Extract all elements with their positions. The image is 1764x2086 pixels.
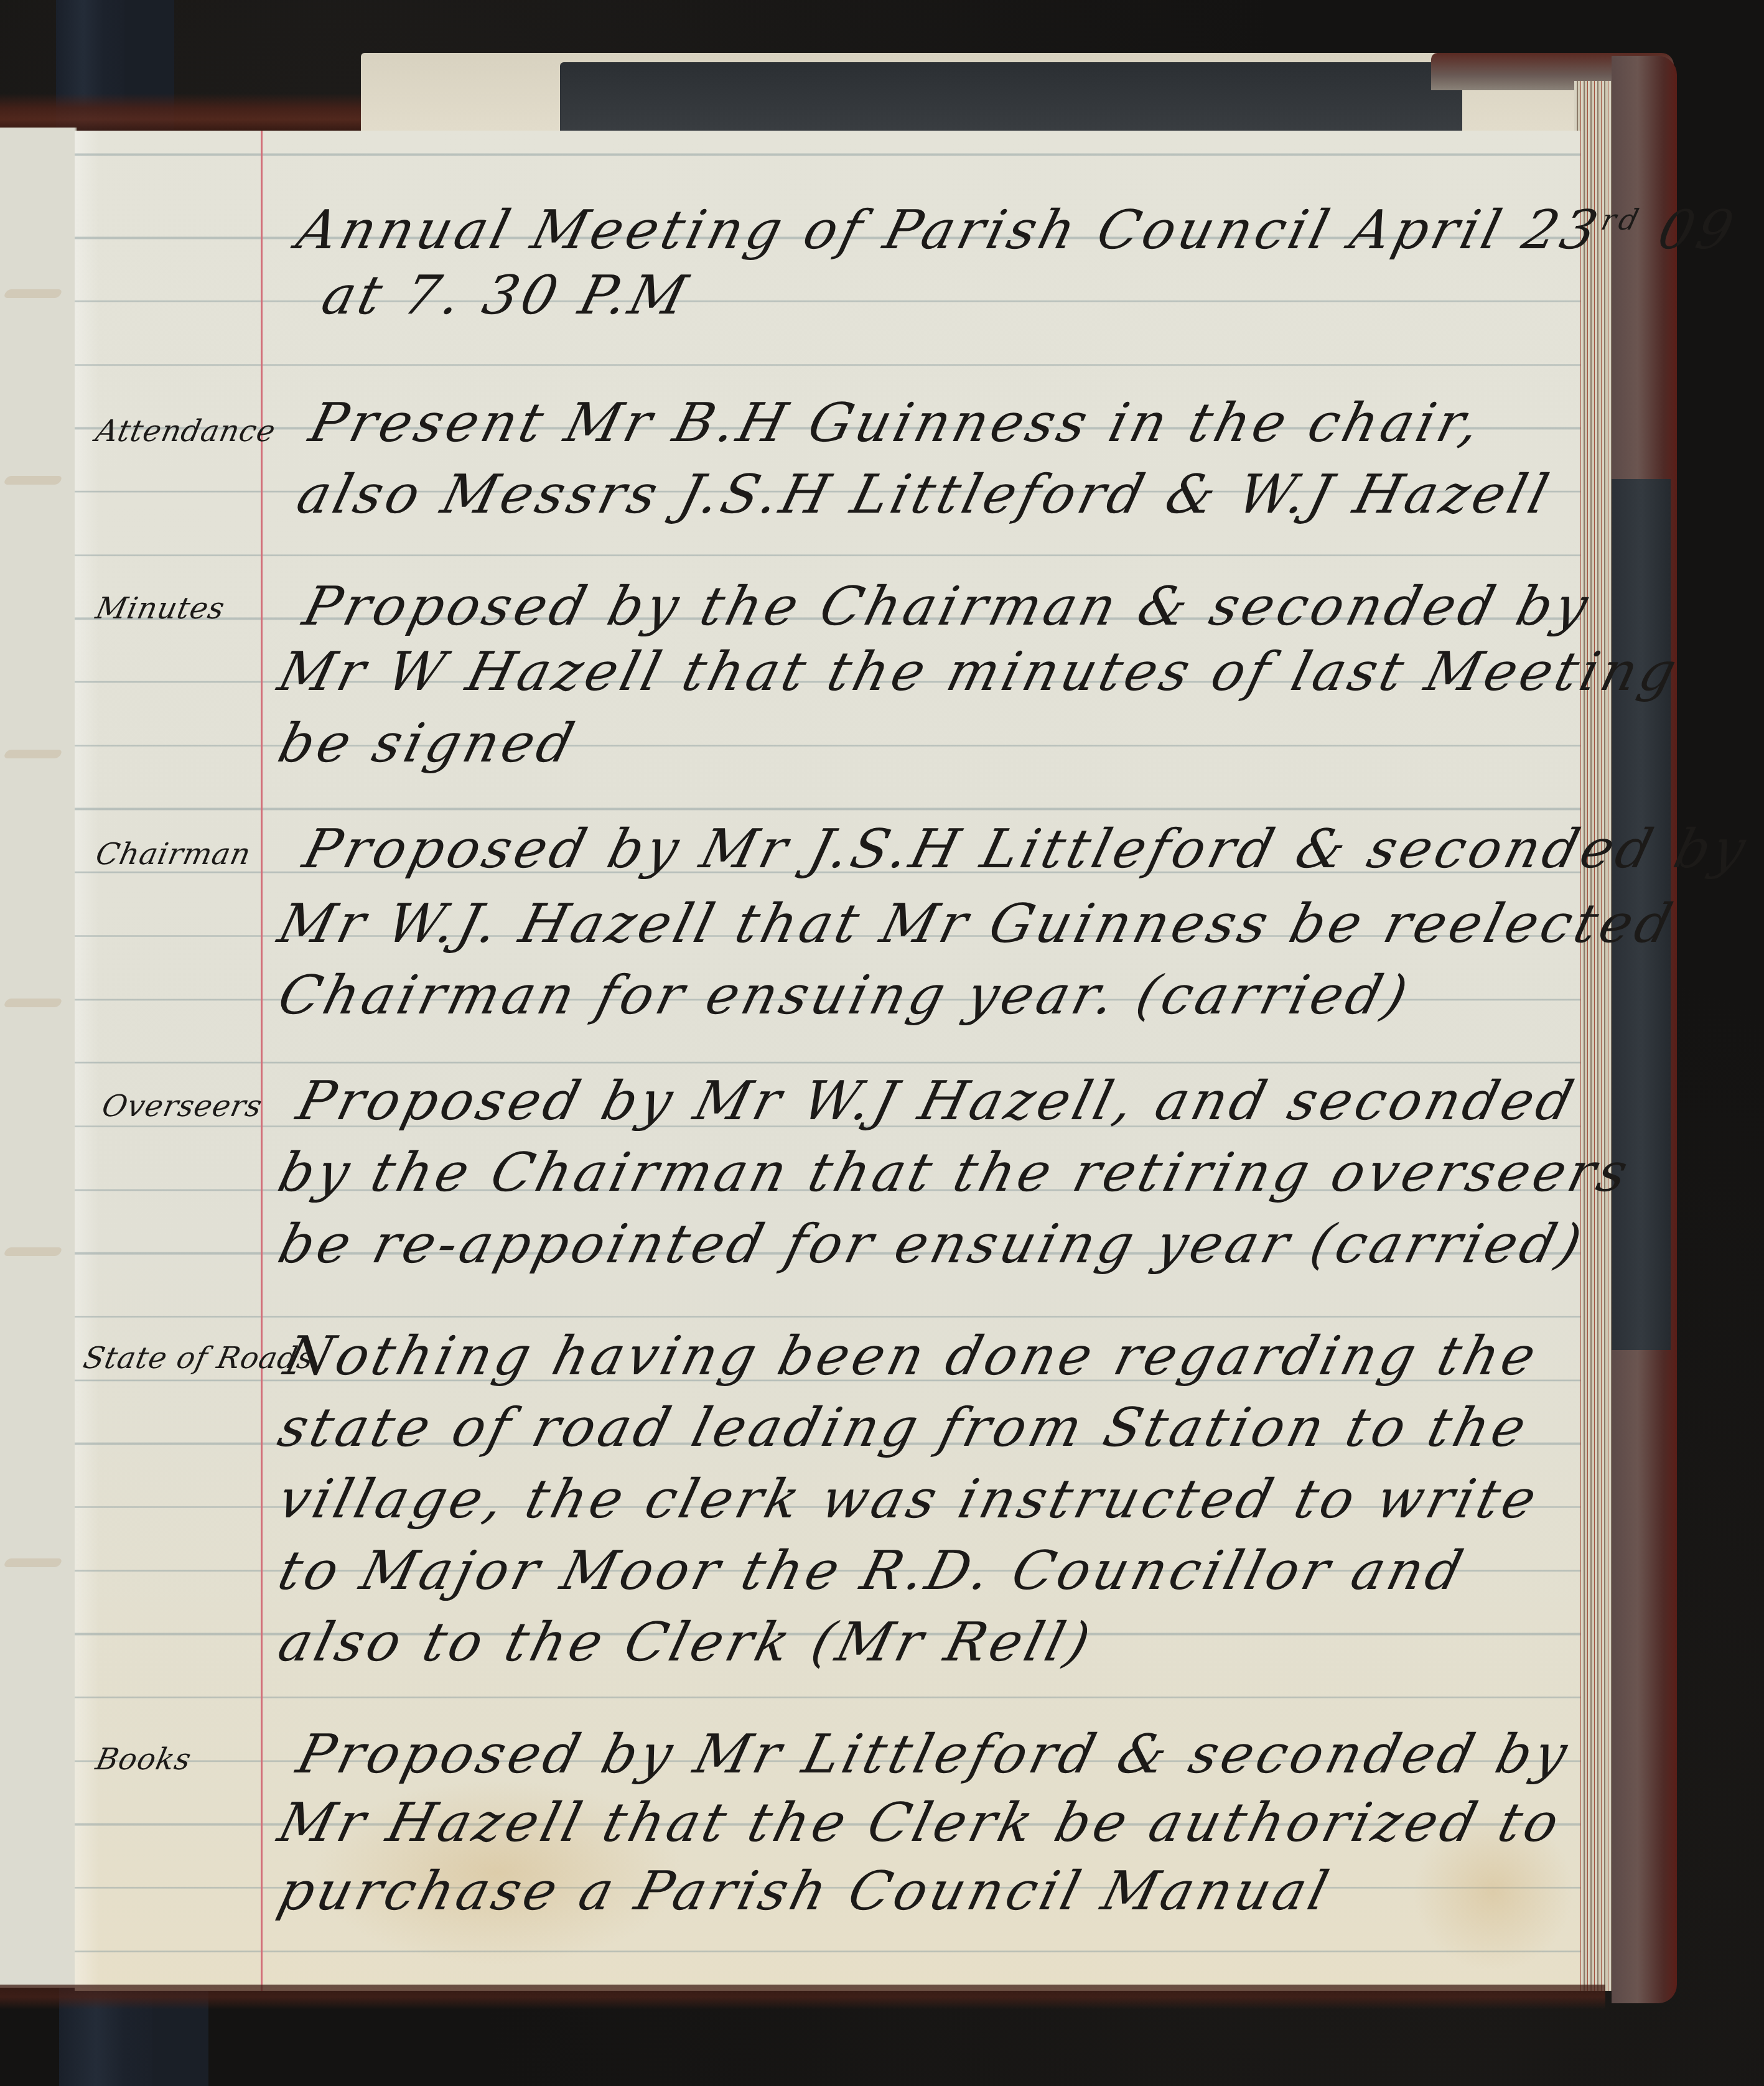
entry-line: village, the clerk was instructed to wri… xyxy=(273,1468,1546,1530)
left-page xyxy=(0,128,77,1988)
frayed-binding-top xyxy=(0,93,361,131)
entry-line: Chairman for ensuing year. (carried) xyxy=(273,964,1417,1027)
margin-label-attendance: Attendance xyxy=(93,414,279,449)
bleed-through-mark xyxy=(3,1247,63,1256)
red-margin-line xyxy=(261,131,263,1991)
entry-line: to Major Moor the R.D. Councillor and xyxy=(273,1540,1473,1602)
entry-line: Nothing having been done regarding the xyxy=(279,1325,1546,1387)
bleed-through-mark xyxy=(3,476,63,485)
entry-line: Present Mr B.H Guinness in the chair, xyxy=(304,392,1490,454)
margin-label-books: Books xyxy=(93,1742,195,1777)
bleed-through-mark xyxy=(3,1558,63,1567)
entry-line: Mr W Hazell that the minutes of last Mee… xyxy=(273,641,1686,703)
entry-line: Mr W.J. Hazell that Mr Guinness be reele… xyxy=(273,893,1682,955)
book-cover-right xyxy=(1612,56,1677,2003)
margin-label-chairman: Chairman xyxy=(93,837,254,872)
entry-line: Proposed by the Chairman & seconded by xyxy=(297,575,1598,638)
entry-line: state of road leading from Station to th… xyxy=(273,1397,1536,1459)
entry-line: also Messrs J.S.H Littleford & W.J Hazel… xyxy=(291,463,1559,526)
entry-line: be signed xyxy=(273,712,584,775)
entry-line: Proposed by Mr Littleford & seconded by xyxy=(291,1723,1577,1786)
entry-line: by the Chairman that the retiring overse… xyxy=(273,1142,1638,1204)
entry-line: Proposed by Mr W.J Hazell, and seconded xyxy=(291,1070,1583,1132)
frayed-binding-bottom xyxy=(0,1985,1605,2009)
bleed-through-mark xyxy=(3,750,63,758)
entry-line: Proposed by Mr J.S.H Littleford & second… xyxy=(297,818,1756,880)
margin-label-overseers: Overseers xyxy=(99,1089,266,1124)
margin-label-minutes: Minutes xyxy=(93,591,228,626)
heading-line-2: at 7. 30 P.M xyxy=(316,264,697,327)
entry-line: also to the Clerk (Mr Rell) xyxy=(273,1611,1100,1674)
minute-book-page: Annual Meeting of Parish Council April 2… xyxy=(75,131,1580,1991)
entry-line: Mr Hazell that the Clerk be authorized t… xyxy=(273,1792,1569,1854)
margin-label-state-of-roads: State of Roads xyxy=(80,1341,317,1376)
bleed-through-mark xyxy=(3,999,63,1007)
entry-line: be re-appointed for ensuing year (carrie… xyxy=(273,1213,1592,1275)
underlying-cover-top xyxy=(560,62,1462,131)
heading-line-1: Annual Meeting of Parish Council April 2… xyxy=(291,199,1743,261)
bleed-through-mark xyxy=(3,289,63,298)
entry-line: purchase a Parish Council Manual xyxy=(273,1860,1338,1922)
